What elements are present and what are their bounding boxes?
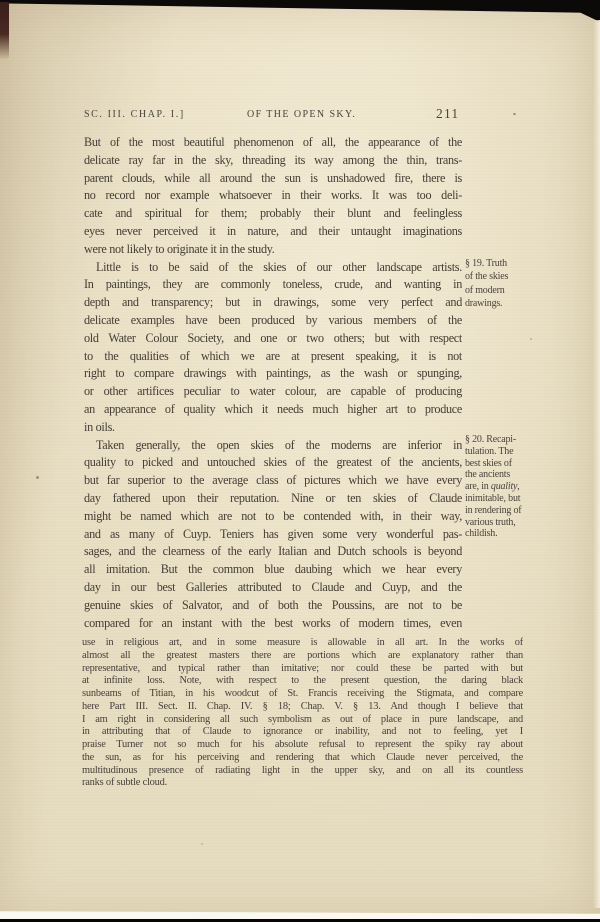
scan-edge-left-binding bbox=[0, 2, 9, 60]
body-text: But of the most beautiful phenomenon of … bbox=[84, 134, 462, 632]
text-line: representative, and typical rather than … bbox=[82, 663, 523, 676]
paragraph: But of the most beautiful phenomenon of … bbox=[84, 134, 462, 259]
text-line: are, in quality, bbox=[465, 481, 555, 493]
text-line: in attributing that of Claude to ignoran… bbox=[82, 726, 523, 739]
text-line: use in religious art, and in some measur… bbox=[82, 637, 523, 650]
text-line: drawings. bbox=[465, 297, 555, 310]
text-line: the ancients bbox=[465, 469, 555, 481]
running-title-chapter: OF THE OPEN SKY. bbox=[247, 109, 356, 120]
text-line: and as many of Cuyp. Teniers has given s… bbox=[84, 526, 462, 544]
text-line: delicate examples have been produced by … bbox=[84, 312, 462, 330]
text-line: In paintings, they are commonly toneless… bbox=[84, 276, 462, 294]
text-line: right to compare drawings with paintings… bbox=[84, 365, 462, 383]
text-line: ranks of subtle cloud. bbox=[82, 777, 523, 790]
text-line: of modern bbox=[465, 284, 555, 297]
text-line: childish. bbox=[465, 528, 555, 540]
running-title-section: SC. III. CHAP. I.] bbox=[84, 109, 185, 120]
text-line: the sun, as for his perceiving and rende… bbox=[82, 752, 523, 765]
text-line: inimitable, but bbox=[465, 493, 555, 505]
text-line: to the qualities of which we are at pres… bbox=[84, 348, 462, 366]
text-line: Little is to be said of the skies of our… bbox=[84, 259, 462, 277]
text-line: day fathered upon their reputation. Nine… bbox=[84, 490, 462, 508]
text-line: might be named which are not to be conte… bbox=[84, 508, 462, 526]
text-line: I am right in considering all such symbo… bbox=[82, 714, 523, 727]
text-line: § 20. Recapi- bbox=[465, 434, 555, 446]
text-line: praise Turner not so much for his absolu… bbox=[82, 739, 523, 752]
text-line: in rendering of bbox=[465, 505, 555, 517]
text-line: here Part III. Sect. II. Chap. IV. § 18;… bbox=[82, 701, 523, 714]
text-line: old Water Colour Society, and one or two… bbox=[84, 330, 462, 348]
text-line: delicate ray far in the sky, threading i… bbox=[84, 152, 462, 170]
text-line: various truth, bbox=[465, 517, 555, 529]
text-line: tulation. The bbox=[465, 446, 555, 458]
text-line: parent clouds, while all around the sun … bbox=[84, 170, 462, 188]
footnote: use in religious art, and in some measur… bbox=[82, 637, 523, 790]
margin-note-section-20: § 20. Recapi-tulation. Thebest skies oft… bbox=[465, 434, 555, 540]
margin-note-section-19: § 19. Truthof the skiesof moderndrawings… bbox=[465, 257, 555, 311]
text-line: of the skies bbox=[465, 270, 555, 283]
paper-speck bbox=[201, 843, 203, 845]
text-line: almost all the greatest masters there ar… bbox=[82, 650, 523, 663]
text-line: sages, and the clearness of the early It… bbox=[84, 543, 462, 561]
text-line: eyes never perceived it in nature, and t… bbox=[84, 223, 462, 241]
text-line: best skies of bbox=[465, 458, 555, 470]
paper-speck bbox=[530, 338, 532, 340]
text-line: cate and spiritual for them; probably th… bbox=[84, 205, 462, 223]
text-line: in oils. bbox=[84, 419, 462, 437]
paragraph: Taken generally, the open skies of the m… bbox=[84, 437, 462, 633]
page-edge-right bbox=[593, 20, 600, 908]
text-line: day in our best Galleries attributed to … bbox=[84, 579, 462, 597]
text-line: sunbeams of Titian, in his woodcut of St… bbox=[82, 688, 523, 701]
text-line: no record nor example whatsoever in thei… bbox=[84, 187, 462, 205]
text-line: all imitation. But the common blue daubi… bbox=[84, 561, 462, 579]
text-line: an appearance of quality which it needs … bbox=[84, 401, 462, 419]
paper-speck bbox=[36, 476, 39, 479]
page-header: SC. III. CHAP. I.] OF THE OPEN SKY. 211 bbox=[0, 106, 600, 124]
page-number: 211 bbox=[436, 106, 459, 122]
text-line: § 19. Truth bbox=[465, 257, 555, 270]
text-line: multitudinous presence of radiating ligh… bbox=[82, 765, 523, 778]
text-line: compared for an instant with the best wo… bbox=[84, 615, 462, 633]
text-line: depth and transparency; but in drawings,… bbox=[84, 294, 462, 312]
text-line: genuine skies of Salvator, and of both t… bbox=[84, 597, 462, 615]
text-line: or other artifices peculiar to water col… bbox=[84, 383, 462, 401]
text-line: But of the most beautiful phenomenon of … bbox=[84, 134, 462, 152]
text-line: quality to picked and untouched skies of… bbox=[84, 454, 462, 472]
text-line: Taken generally, the open skies of the m… bbox=[84, 437, 462, 455]
text-line: at infinite loss. Note, with respect to … bbox=[82, 675, 523, 688]
text-line: but far superior to the average class of… bbox=[84, 472, 462, 490]
text-line: were not likely to originate it in the s… bbox=[84, 241, 462, 259]
scanned-book-page: SC. III. CHAP. I.] OF THE OPEN SKY. 211 … bbox=[0, 0, 600, 922]
paragraph: Little is to be said of the skies of our… bbox=[84, 259, 462, 437]
